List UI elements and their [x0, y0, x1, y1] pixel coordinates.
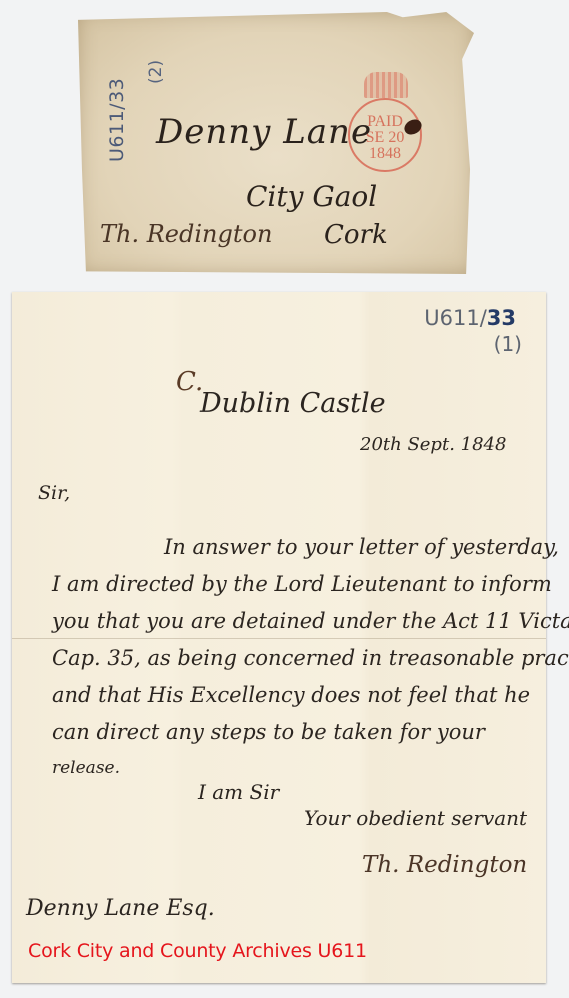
letter-place: Dublin Castle — [200, 388, 386, 419]
closing-line: Your obedient servant — [304, 806, 527, 830]
letter-archive-reference: U611/33 — [424, 306, 516, 330]
envelope-address-city: Cork — [324, 220, 388, 250]
body-line: can direct any steps to be taken for you… — [52, 720, 485, 744]
archive-ref-prefix: U611/ — [424, 306, 487, 330]
body-line: In answer to your letter of yesterday, — [164, 535, 559, 559]
archive-ref-number: 33 — [487, 306, 516, 330]
fold-line — [12, 638, 546, 639]
envelope-frank-signature: Th. Redington — [100, 220, 272, 248]
letter-page: U611/33 (1) C. Dublin Castle 20th Sept. … — [12, 292, 546, 983]
addressee: Denny Lane Esq. — [26, 896, 215, 921]
body-line: you that you are detained under the Act … — [52, 609, 569, 633]
closing-line: I am Sir — [198, 780, 279, 804]
envelope-archive-reference: U611/33 — [106, 78, 128, 162]
salutation: Sir, — [38, 482, 70, 504]
postmark-crown-icon — [364, 72, 408, 98]
letter-item-number: (1) — [494, 332, 522, 356]
envelope-address-name: Denny Lane — [156, 112, 372, 152]
envelope-item-number: (2) — [146, 60, 166, 84]
signature: Th. Redington — [362, 852, 527, 878]
envelope: U611/33 (2) PAID SE 20 1848 Denny Lane C… — [78, 12, 474, 274]
body-line: I am directed by the Lord Lieutenant to … — [52, 572, 552, 596]
letter-date: 20th Sept. 1848 — [360, 434, 506, 455]
archive-caption: Cork City and County Archives U611 — [28, 940, 367, 962]
body-line: Cap. 35, as being concerned in treasonab… — [52, 646, 569, 670]
body-line: and that His Excellency does not feel th… — [52, 683, 530, 707]
body-line: release. — [52, 758, 120, 778]
envelope-address-line: City Gaol — [246, 180, 377, 213]
